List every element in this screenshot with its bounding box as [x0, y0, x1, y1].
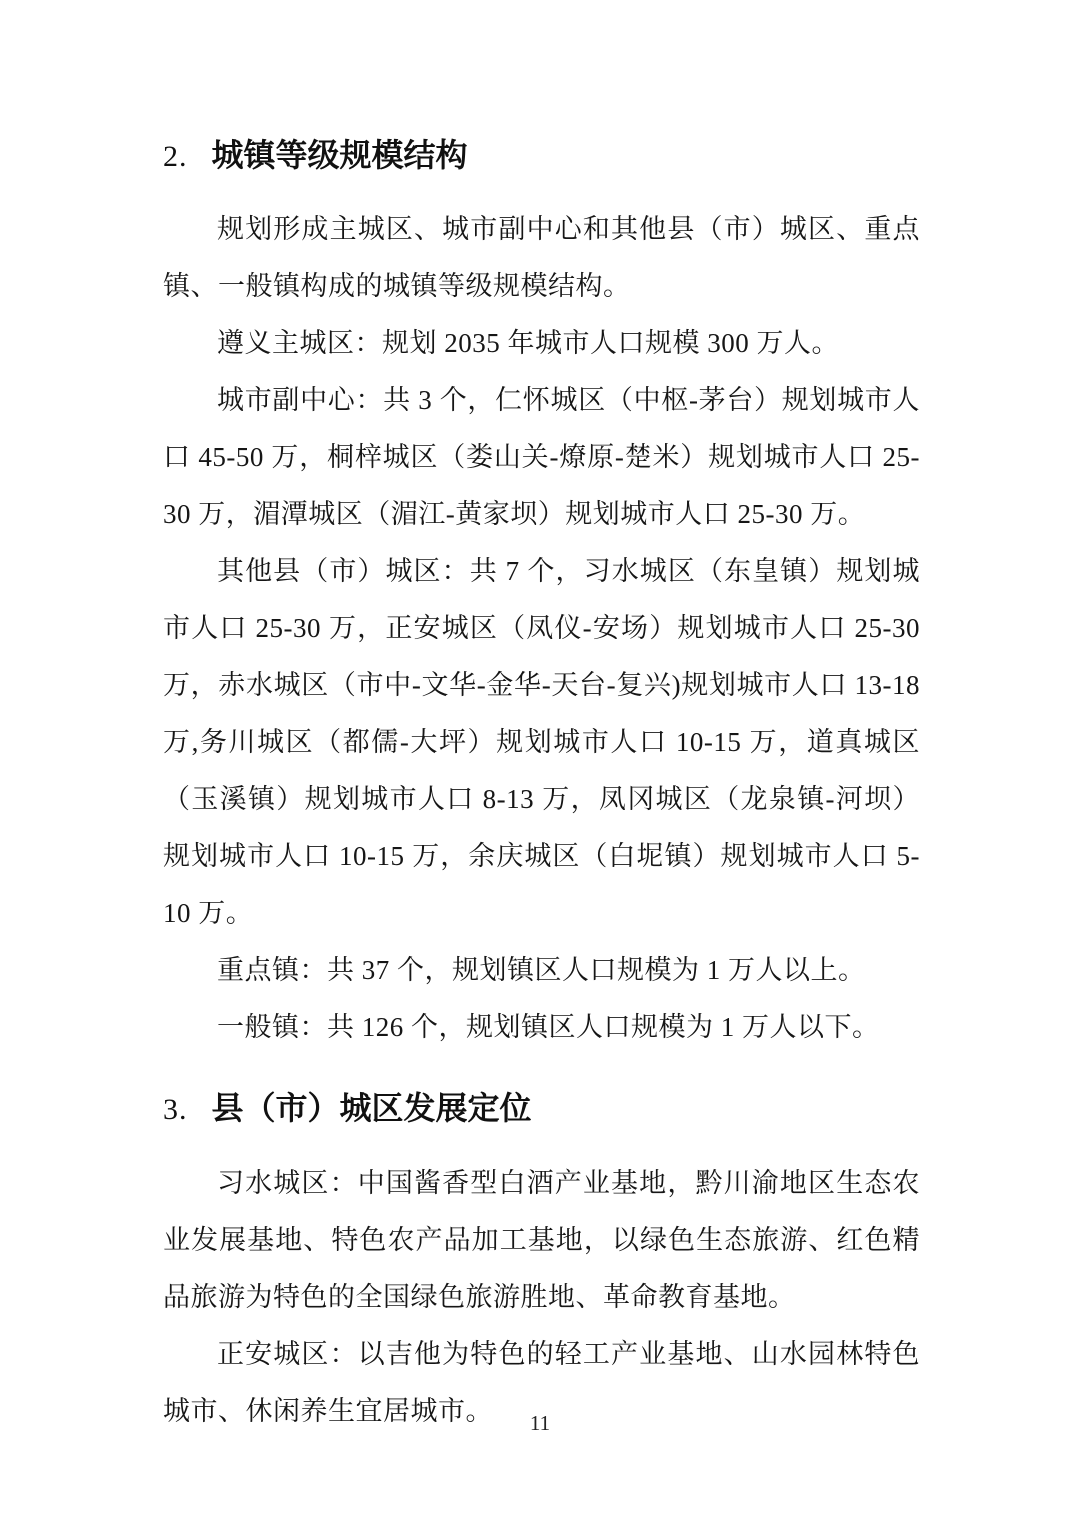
document-page: 2.城镇等级规模结构 规划形成主城区、城市副中心和其他县（市）城区、重点镇、一般…: [0, 0, 1080, 1527]
paragraph-hierarchy-intro: 规划形成主城区、城市副中心和其他县（市）城区、重点镇、一般镇构成的城镇等级规模结…: [163, 201, 920, 315]
section-heading-3: 3.县（市）城区发展定位: [163, 1086, 920, 1132]
page-content: 2.城镇等级规模结构 规划形成主城区、城市副中心和其他县（市）城区、重点镇、一般…: [0, 0, 1080, 1440]
section-3-title: 县（市）城区发展定位: [212, 1090, 532, 1126]
page-number: 11: [0, 1410, 1080, 1436]
paragraph-other-county-cities: 其他县（市）城区：共 7 个，习水城区（东皇镇）规划城市人口 25-30 万，正…: [163, 543, 920, 942]
paragraph-sub-centers: 城市副中心：共 3 个，仁怀城区（中枢-茅台）规划城市人口 45-50 万，桐梓…: [163, 372, 920, 543]
section-heading-2: 2.城镇等级规模结构: [163, 133, 920, 179]
section-2-number: 2.: [163, 140, 188, 173]
paragraph-general-towns: 一般镇：共 126 个，规划镇区人口规模为 1 万人以下。: [163, 999, 920, 1056]
section-2-title: 城镇等级规模结构: [212, 137, 468, 173]
section-3-number: 3.: [163, 1093, 188, 1126]
paragraph-xishui-positioning: 习水城区：中国酱香型白酒产业基地，黔川渝地区生态农业发展基地、特色农产品加工基地…: [163, 1155, 920, 1326]
paragraph-zunyi-main-city: 遵义主城区：规划 2035 年城市人口规模 300 万人。: [163, 315, 920, 372]
paragraph-key-towns: 重点镇：共 37 个，规划镇区人口规模为 1 万人以上。: [163, 942, 920, 999]
